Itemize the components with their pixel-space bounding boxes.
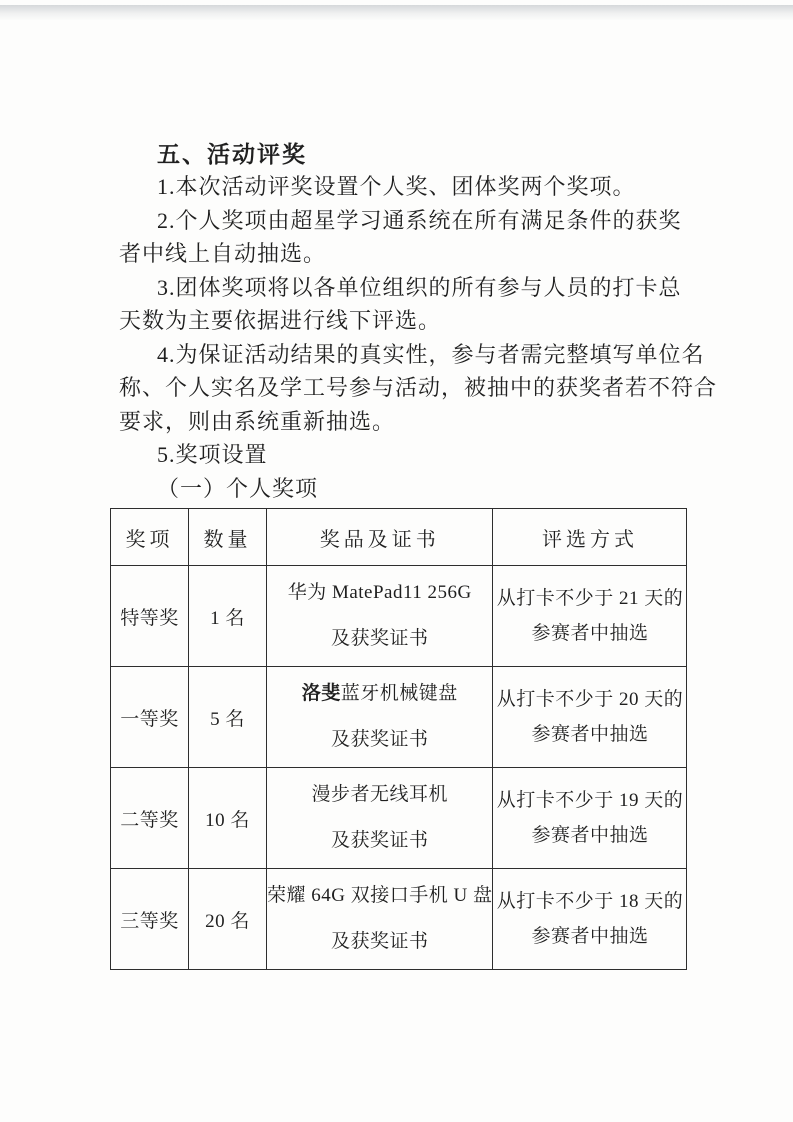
table-row: 一等奖5 名洛斐蓝牙机械键盘及获奖证书从打卡不少于 20 天的参赛者中抽选 xyxy=(111,667,687,768)
prize-line-2: 及获奖证书 xyxy=(331,730,429,750)
prize-cell-lines: 华为 MatePad11 256G及获奖证书 xyxy=(267,583,492,649)
document-page: 五、活动评奖 1.本次活动评奖设置个人奖、团体奖两个奖项。2.个人奖项由超星学习… xyxy=(0,0,793,1122)
prize-line-1: 洛斐蓝牙机械键盘 xyxy=(302,684,458,704)
prize-table: 奖项数量奖品及证书评选方式 特等奖1 名华为 MatePad11 256G及获奖… xyxy=(110,508,687,970)
scan-artifact-band xyxy=(0,5,793,20)
method-line-2: 参赛者中抽选 xyxy=(531,927,648,947)
award-name-cell: 特等奖 xyxy=(111,566,189,667)
prize-cell: 荣耀 64G 双接口手机 U 盘及获奖证书 xyxy=(267,869,493,970)
award-count-cell: 20 名 xyxy=(189,869,267,970)
table-row: 三等奖20 名荣耀 64G 双接口手机 U 盘及获奖证书从打卡不少于 18 天的… xyxy=(111,869,687,970)
method-line-2: 参赛者中抽选 xyxy=(531,624,648,644)
body-paragraphs: 1.本次活动评奖设置个人奖、团体奖两个奖项。2.个人奖项由超星学习通系统在所有满… xyxy=(119,170,729,505)
table-body: 特等奖1 名华为 MatePad11 256G及获奖证书从打卡不少于 21 天的… xyxy=(111,566,687,970)
method-line-1: 从打卡不少于 19 天的 xyxy=(497,791,684,811)
method-cell: 从打卡不少于 21 天的参赛者中抽选 xyxy=(493,566,687,667)
method-cell: 从打卡不少于 19 天的参赛者中抽选 xyxy=(493,768,687,869)
prize-name: 荣耀 64G 双接口手机 U 盘 xyxy=(267,885,492,906)
prize-cell-lines: 荣耀 64G 双接口手机 U 盘及获奖证书 xyxy=(267,886,492,952)
prize-cell: 洛斐蓝牙机械键盘及获奖证书 xyxy=(267,667,493,768)
prize-cell: 华为 MatePad11 256G及获奖证书 xyxy=(267,566,493,667)
method-cell-lines: 从打卡不少于 21 天的参赛者中抽选 xyxy=(493,589,686,644)
paragraph-3-line-1: 3.团体奖项将以各单位组织的所有参与人员的打卡总 xyxy=(119,271,729,305)
method-cell-lines: 从打卡不少于 20 天的参赛者中抽选 xyxy=(493,690,686,745)
paragraph-4-line-1: 4.为保证活动结果的真实性，参与者需完整填写单位名 xyxy=(119,338,729,372)
prize-name: 漫步者无线耳机 xyxy=(311,784,448,805)
paragraph-6-line-1: （一）个人奖项 xyxy=(119,472,729,506)
paragraph-2-line-1: 2.个人奖项由超星学习通系统在所有满足条件的获奖 xyxy=(119,204,729,238)
table-header-row: 奖项数量奖品及证书评选方式 xyxy=(111,509,687,566)
table-row: 二等奖10 名漫步者无线耳机及获奖证书从打卡不少于 19 天的参赛者中抽选 xyxy=(111,768,687,869)
prize-cell-lines: 漫步者无线耳机及获奖证书 xyxy=(267,785,492,851)
column-header-3: 奖品及证书 xyxy=(267,509,493,566)
paragraph-4-line-2: 称、个人实名及学工号参与活动，被抽中的获奖者若不符合 xyxy=(119,371,729,405)
prize-name: 华为 MatePad11 256G xyxy=(288,582,472,603)
paragraph-4-line-3: 要求，则由系统重新抽选。 xyxy=(119,405,729,439)
method-line-2: 参赛者中抽选 xyxy=(531,826,648,846)
method-cell: 从打卡不少于 20 天的参赛者中抽选 xyxy=(493,667,687,768)
paragraph-2-line-2: 者中线上自动抽选。 xyxy=(119,237,729,271)
award-name-cell: 三等奖 xyxy=(111,869,189,970)
section-heading: 五、活动评奖 xyxy=(157,136,307,169)
table-row: 特等奖1 名华为 MatePad11 256G及获奖证书从打卡不少于 21 天的… xyxy=(111,566,687,667)
method-cell: 从打卡不少于 18 天的参赛者中抽选 xyxy=(493,869,687,970)
paragraph-1-line-1: 1.本次活动评奖设置个人奖、团体奖两个奖项。 xyxy=(119,170,729,204)
prize-line-1: 漫步者无线耳机 xyxy=(311,785,448,805)
method-line-1: 从打卡不少于 21 天的 xyxy=(497,589,684,609)
method-line-1: 从打卡不少于 18 天的 xyxy=(497,892,684,912)
award-name-cell: 二等奖 xyxy=(111,768,189,869)
prize-line-1: 荣耀 64G 双接口手机 U 盘 xyxy=(267,886,492,906)
column-header-4: 评选方式 xyxy=(493,509,687,566)
prize-line-2: 及获奖证书 xyxy=(331,831,429,851)
paragraph-5-line-1: 5.奖项设置 xyxy=(119,438,729,472)
column-header-2: 数量 xyxy=(189,509,267,566)
award-count-cell: 1 名 xyxy=(189,566,267,667)
prize-cell: 漫步者无线耳机及获奖证书 xyxy=(267,768,493,869)
award-name-cell: 一等奖 xyxy=(111,667,189,768)
award-count-cell: 5 名 xyxy=(189,667,267,768)
prize-line-2: 及获奖证书 xyxy=(331,629,429,649)
column-header-1: 奖项 xyxy=(111,509,189,566)
prize-line-2: 及获奖证书 xyxy=(331,932,429,952)
method-cell-lines: 从打卡不少于 19 天的参赛者中抽选 xyxy=(493,791,686,846)
method-line-1: 从打卡不少于 20 天的 xyxy=(497,690,684,710)
prize-brand-bold: 洛斐 xyxy=(302,683,341,704)
method-cell-lines: 从打卡不少于 18 天的参赛者中抽选 xyxy=(493,892,686,947)
paragraph-3-line-2: 天数为主要依据进行线下评选。 xyxy=(119,304,729,338)
prize-line-1: 华为 MatePad11 256G xyxy=(288,583,472,603)
method-line-2: 参赛者中抽选 xyxy=(531,725,648,745)
prize-name: 蓝牙机械键盘 xyxy=(341,683,458,704)
prize-cell-lines: 洛斐蓝牙机械键盘及获奖证书 xyxy=(267,684,492,750)
award-count-cell: 10 名 xyxy=(189,768,267,869)
